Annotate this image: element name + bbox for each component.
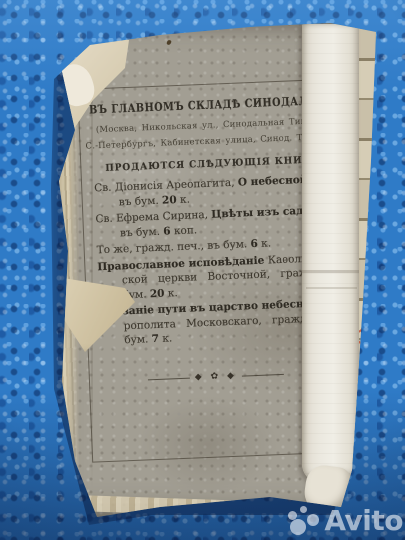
avito-watermark: Avito xyxy=(287,506,403,536)
ornament-line-right xyxy=(242,373,284,376)
avito-logo-dot xyxy=(307,514,319,526)
book: ВЪ ГЛАВНОМЪ СКЛАДѢ СИНОДАЛЬНЫХЪ ИЗДА (Мо… xyxy=(55,20,395,520)
avito-logo-icon xyxy=(287,506,319,536)
ornament-line-left xyxy=(148,377,190,380)
sale-header: ПРОДАЮТСЯ СЛѢДУЮЩІЯ КНИГИ: xyxy=(105,154,320,174)
avito-logo-dot xyxy=(290,519,306,535)
listing-photo: ВЪ ГЛАВНОМЪ СКЛАДѢ СИНОДАЛЬНЫХЪ ИЗДА (Мо… xyxy=(0,0,405,540)
store-header: ВЪ ГЛАВНОМЪ СКЛАДѢ СИНОДАЛЬНЫХЪ ИЗДА xyxy=(89,94,293,116)
avito-watermark-text: Avito xyxy=(324,506,403,536)
avito-logo-dot xyxy=(300,506,307,513)
repair-tape-strip xyxy=(302,24,359,482)
ornament-glyphs: ◆ ✿ ◆ xyxy=(195,371,237,383)
